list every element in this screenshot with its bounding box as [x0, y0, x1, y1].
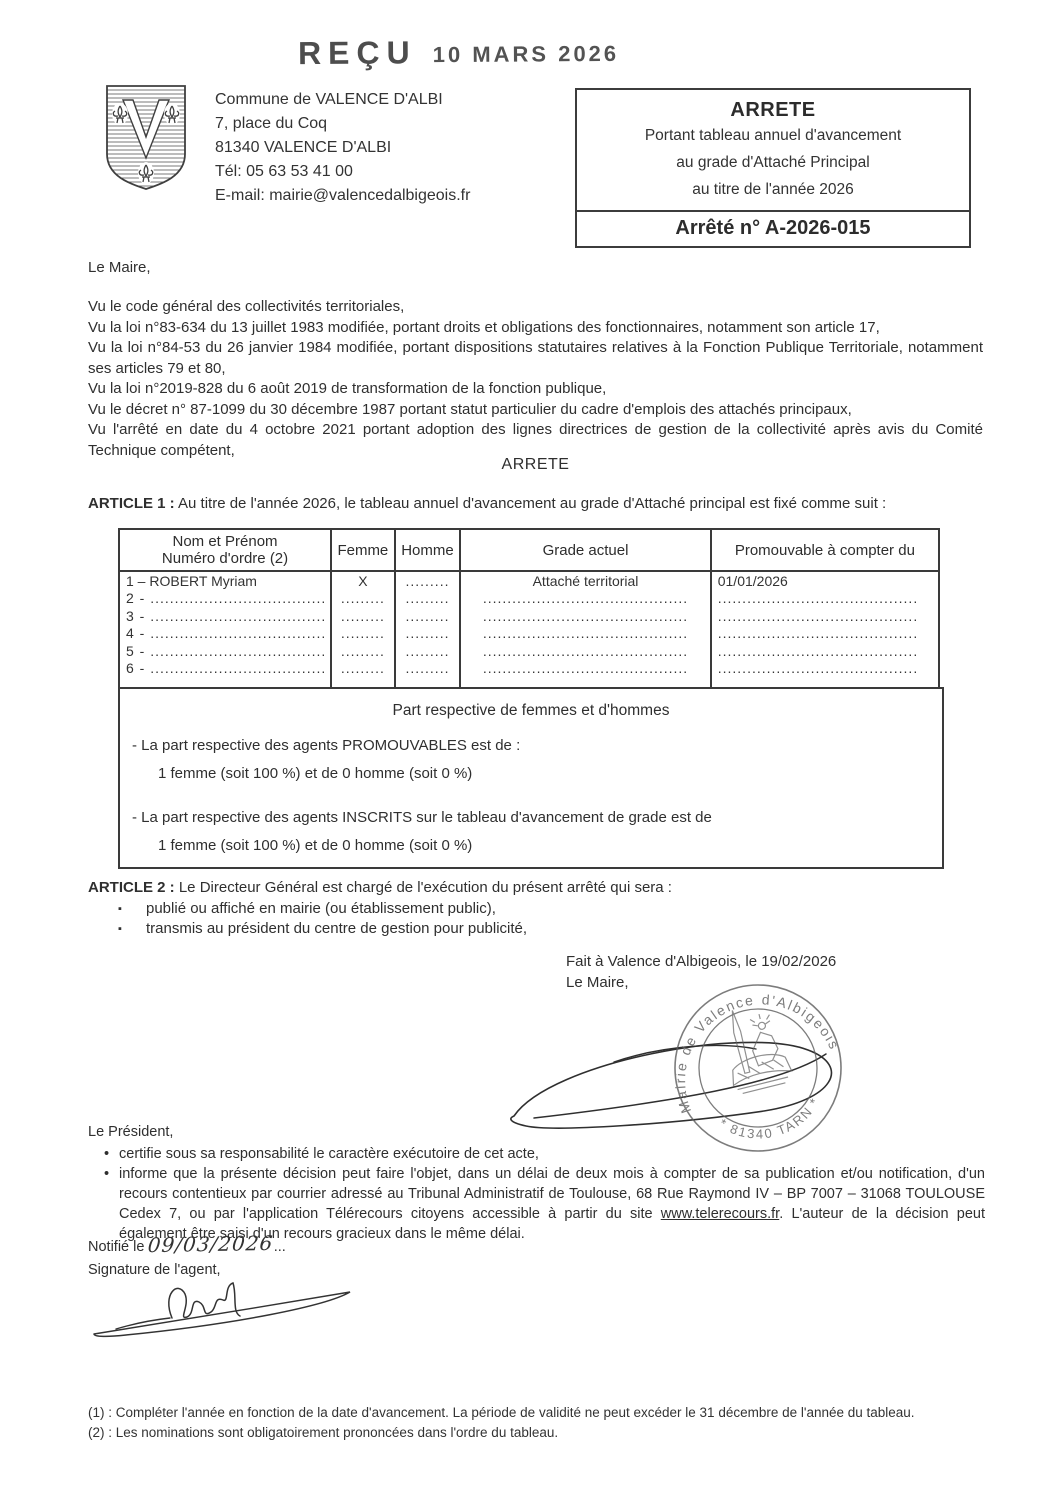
cell-grade: ........................................…	[460, 625, 710, 643]
recital: Vu la loi n°2019-828 du 6 août 2019 de t…	[88, 379, 983, 400]
sender-line: 81340 VALENCE D'ALBI	[215, 136, 470, 160]
decree-title-box: ARRETE Portant tableau annuel d'avanceme…	[575, 88, 971, 248]
recital: Vu le code général des collectivités ter…	[88, 297, 983, 318]
sender-line: 7, place du Coq	[215, 112, 470, 136]
parity-line-inscrits: - La part respective des agents INSCRITS…	[132, 809, 942, 826]
cell-homme: .........	[395, 642, 461, 660]
cell-name: 4 - ....................................	[119, 625, 331, 643]
header-femme: Femme	[331, 529, 395, 571]
parity-value-promouvables: 1 femme (soit 100 %) et de 0 homme (soit…	[158, 765, 942, 782]
cell-promouvable: 01/01/2026	[711, 571, 939, 590]
article2-bullet: transmis au président du centre de gesti…	[88, 919, 983, 940]
cell-grade: Attaché territorial	[460, 571, 710, 590]
cell-homme: .........	[395, 590, 461, 608]
table-row: 4 - ....................................…	[119, 625, 939, 643]
received-date-stamp: REÇU 10 MARS 2026	[298, 33, 619, 72]
cell-promouvable: ........................................…	[711, 590, 939, 608]
article2-paragraph: ARTICLE 2 : Le Directeur Général est cha…	[88, 878, 983, 899]
cell-promouvable: ........................................…	[711, 607, 939, 625]
article1-text: Au titre de l'année 2026, le tableau ann…	[175, 495, 887, 512]
table-row: 1 – ROBERT Myriam X ......... Attaché te…	[119, 571, 939, 590]
decree-subtitle-line: Portant tableau annuel d'avancement	[577, 122, 969, 149]
table-row: 6 - ....................................…	[119, 660, 939, 678]
cell-femme: .........	[331, 642, 395, 660]
notified-label: Notifié le	[88, 1239, 148, 1255]
cell-grade: ........................................…	[460, 642, 710, 660]
parity-value-inscrits: 1 femme (soit 100 %) et de 0 homme (soit…	[158, 837, 942, 854]
footnote: (2) : Les nominations sont obligatoireme…	[88, 1423, 988, 1443]
received-stamp-date: 10 MARS 2026	[433, 41, 620, 71]
article1-label: ARTICLE 1 :	[88, 495, 175, 512]
received-stamp-word: REÇU	[298, 34, 417, 72]
cell-name: 1 – ROBERT Myriam	[119, 571, 331, 590]
cell-homme: .........	[395, 625, 461, 643]
cell-homme: .........	[395, 571, 461, 590]
president-bullet-executoire: certifie sous sa responsabilité le carac…	[88, 1144, 985, 1164]
table-row: 3 - ....................................…	[119, 607, 939, 625]
parity-line-promouvables: - La part respective des agents PROMOUVA…	[132, 737, 942, 754]
header-nom-prenom: Nom et Prénom Numéro d'ordre (2)	[119, 529, 331, 571]
notified-dots: ...	[274, 1239, 286, 1255]
cell-name: 5 - ....................................	[119, 642, 331, 660]
parity-title: Part respective de femmes et d'hommes	[120, 689, 942, 720]
header-homme: Homme	[395, 529, 461, 571]
cell-name: 6 - ....................................	[119, 660, 331, 678]
cell-name: 2 - ....................................	[119, 590, 331, 608]
seal-top-text: Mairie de Valence d'Albigeois	[663, 978, 850, 1116]
header-nom-line1: Nom et Prénom	[124, 533, 326, 550]
decree-title: ARRETE	[577, 90, 969, 122]
cell-grade: ........................................…	[460, 660, 710, 678]
cell-promouvable: ........................................…	[711, 660, 939, 678]
decree-number: Arrêté n° A-2026-015	[577, 210, 969, 246]
header-grade: Grade actuel	[460, 529, 710, 571]
cell-promouvable: ........................................…	[711, 642, 939, 660]
article2-label: ARTICLE 2 :	[88, 879, 175, 896]
cell-grade: ........................................…	[460, 607, 710, 625]
article2-bullet: publié ou affiché en mairie (ou établiss…	[88, 899, 983, 920]
president-label: Le Président,	[88, 1122, 985, 1142]
decree-heading: ARRETE	[88, 456, 983, 474]
agent-signature	[86, 1272, 381, 1344]
decree-subtitle-line: au grade d'Attaché Principal	[577, 149, 969, 176]
footnotes-block: (1) : Compléter l'année en fonction de l…	[88, 1403, 988, 1443]
cell-femme: X	[331, 571, 395, 590]
article2-intro: Le Directeur Général est chargé de l'exé…	[175, 879, 672, 896]
header-promouvable: Promouvable à compter du	[711, 529, 939, 571]
article2-block: ARTICLE 2 : Le Directeur Général est cha…	[88, 878, 983, 940]
recital: Vu l'arrêté en date du 4 octobre 2021 po…	[88, 420, 983, 461]
sender-line: Tél: 05 63 53 41 00	[215, 160, 470, 184]
table-row: 2 - ....................................…	[119, 590, 939, 608]
cell-femme: .........	[331, 625, 395, 643]
cell-femme: .........	[331, 590, 395, 608]
cell-promouvable: ........................................…	[711, 625, 939, 643]
sender-line: Commune de VALENCE D'ALBI	[215, 88, 470, 112]
cell-femme: .........	[331, 607, 395, 625]
opening-le-maire: Le Maire,	[88, 258, 151, 279]
place-date-line: Fait à Valence d'Albigeois, le 19/02/202…	[566, 952, 836, 973]
president-block: Le Président, certifie sous sa responsab…	[88, 1122, 985, 1244]
cell-name: 3 - ....................................	[119, 607, 331, 625]
article1-paragraph: ARTICLE 1 : Au titre de l'année 2026, le…	[88, 494, 983, 515]
recital: Vu la loi n°84-53 du 26 janvier 1984 mod…	[88, 338, 983, 379]
decree-subtitle-line: au titre de l'année 2026	[577, 176, 969, 203]
coat-of-arms-icon	[99, 80, 193, 192]
sender-address-block: Commune de VALENCE D'ALBI 7, place du Co…	[215, 88, 470, 208]
footnote: (1) : Compléter l'année en fonction de l…	[88, 1403, 988, 1423]
telerecours-link: www.telerecours.fr	[661, 1206, 779, 1222]
cell-grade: ........................................…	[460, 590, 710, 608]
notified-date-handwritten: 09/03/2026	[147, 1233, 274, 1255]
cell-homme: .........	[395, 660, 461, 678]
advancement-table: Nom et Prénom Numéro d'ordre (2) Femme H…	[118, 528, 940, 697]
recitals-block: Vu le code général des collectivités ter…	[88, 297, 983, 461]
sender-line: E-mail: mairie@valencedalbigeois.fr	[215, 184, 470, 208]
table-header-row: Nom et Prénom Numéro d'ordre (2) Femme H…	[119, 529, 939, 571]
recital: Vu le décret n° 87-1099 du 30 décembre 1…	[88, 400, 983, 421]
table-row: 5 - ....................................…	[119, 642, 939, 660]
cell-femme: .........	[331, 660, 395, 678]
parity-box: Part respective de femmes et d'hommes - …	[118, 687, 944, 869]
scanned-arrete-document: REÇU 10 MARS 2026	[0, 0, 1058, 1496]
cell-homme: .........	[395, 607, 461, 625]
recital: Vu la loi n°83-634 du 13 juillet 1983 mo…	[88, 318, 983, 339]
svg-text:Mairie de Valence d'Albigeois: Mairie de Valence d'Albigeois	[663, 978, 850, 1116]
header-nom-line2: Numéro d'ordre (2)	[124, 550, 326, 567]
